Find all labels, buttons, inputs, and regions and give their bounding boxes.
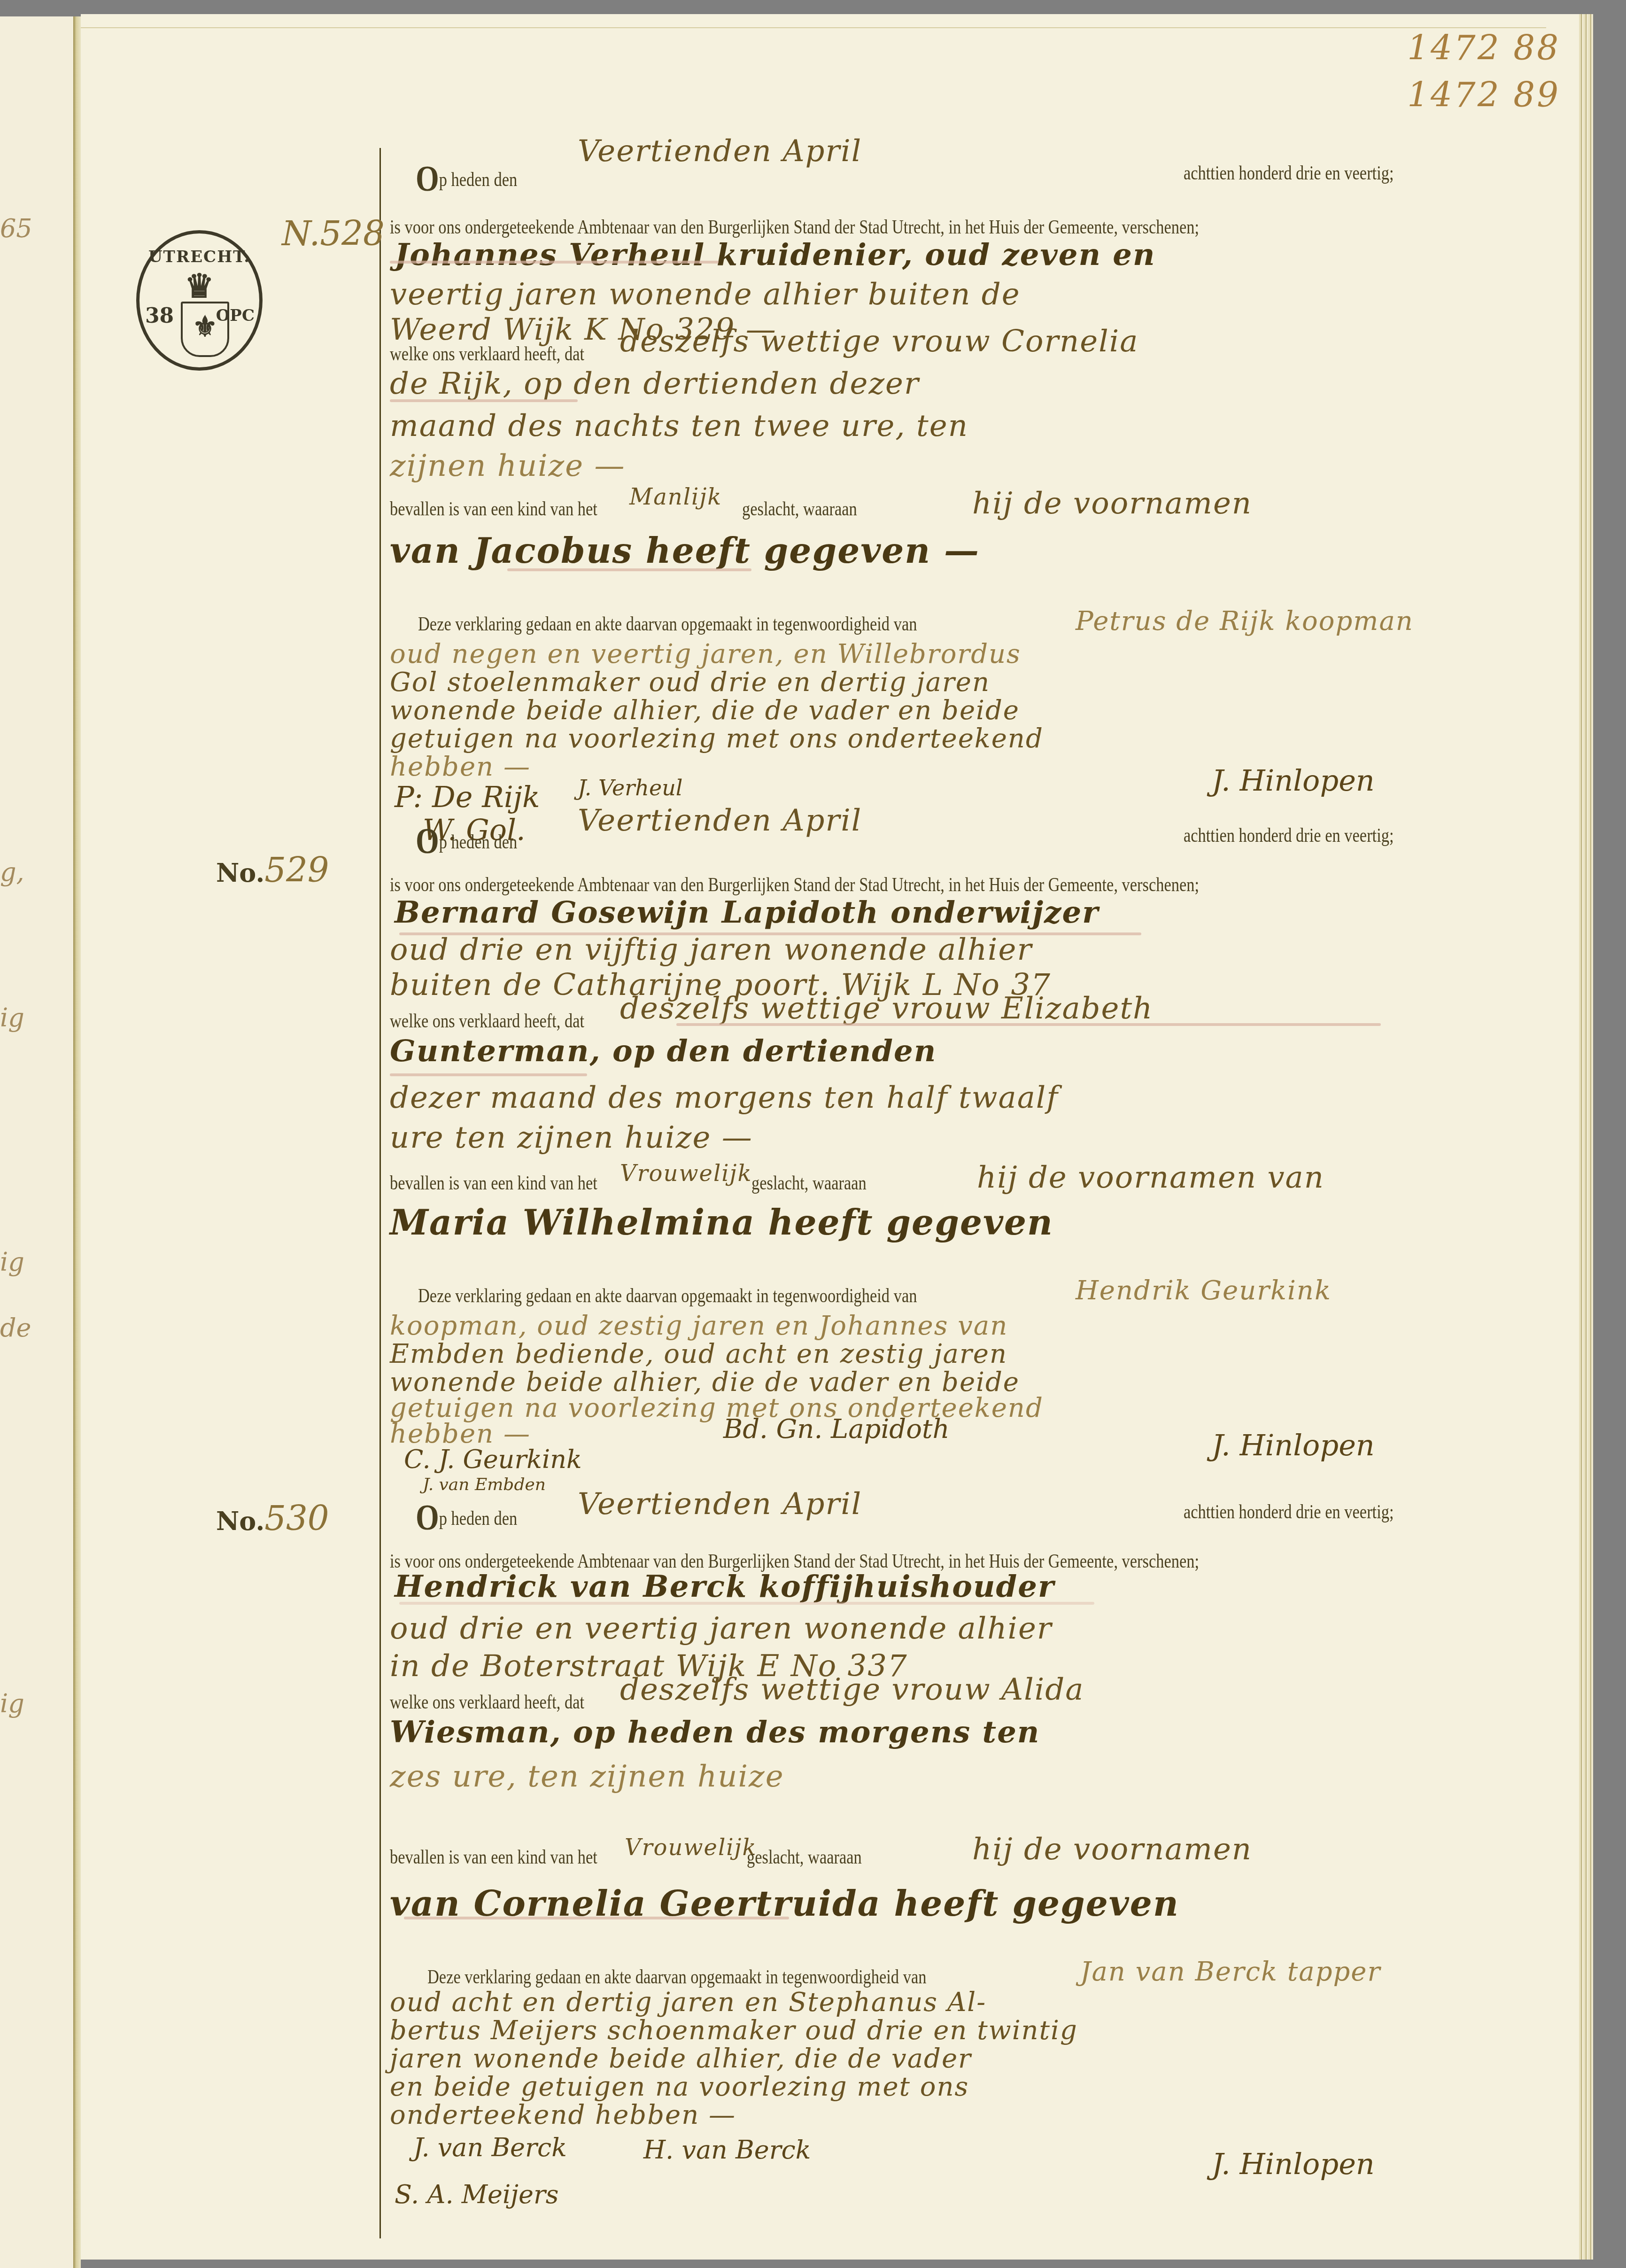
entry-number: No.529 xyxy=(216,850,329,890)
handwritten-date: Veertienden April xyxy=(578,1487,862,1522)
witness-line: jaren wonende beide alhier, die de vader xyxy=(390,2043,972,2074)
witness-line: oud acht en dertig jaren en Stephanus Al… xyxy=(390,1987,986,2018)
declared-line: deszelfs wettige vrouw Alida xyxy=(620,1672,1084,1707)
red-underline xyxy=(399,1602,1094,1605)
printed-op-heden: Op heden den xyxy=(416,1496,517,1538)
printed-sex-suffix: geslacht, waaraan xyxy=(751,1172,867,1195)
witness-line: oud negen en veertig jaren, en Willebror… xyxy=(390,639,1021,669)
witness-line: wonende beide alhier, die de vader en be… xyxy=(390,695,1020,726)
appearer-line: Hendrick van Berck koffijhuishouder xyxy=(395,1569,1055,1604)
printed-appeared: is voor ons ondergeteekende Ambtenaar va… xyxy=(390,874,1199,896)
printed-year: achttien honderd drie en veertig; xyxy=(1184,162,1394,185)
declared-line: Wiesman, op heden des morgens ten xyxy=(390,1715,1040,1750)
printed-witness-intro: Deze verklaring gedaan en akte daarvan o… xyxy=(427,1966,926,1988)
declared-line: deszelfs wettige vrouw Cornelia xyxy=(620,324,1138,359)
printed-declared: welke ons verklaard heeft, dat xyxy=(390,1010,584,1033)
margin-rule xyxy=(379,148,381,2238)
red-underline xyxy=(390,1073,587,1076)
stamp-city: UTRECHT. xyxy=(139,248,259,266)
margin-text: ig xyxy=(0,1689,24,1718)
witness-line: getuigen na voorlezing met ons onderteek… xyxy=(390,723,1044,754)
entry-number: No.530 xyxy=(216,1499,329,1538)
declared-line: deszelfs wettige vrouw Elizabeth xyxy=(620,991,1153,1026)
signature: J. van Berck xyxy=(413,2133,567,2162)
margin-text: 65 xyxy=(0,214,32,243)
declared-line: zes ure, ten zijnen huize xyxy=(390,1759,784,1794)
signature: Bd. Gn. Lapidoth xyxy=(723,1414,949,1445)
book-gutter xyxy=(73,16,81,2268)
appearer-line: oud drie en veertig jaren wonende alhier xyxy=(390,1611,1052,1646)
signature: J. van Embden xyxy=(423,1475,546,1494)
witness-line: koopman, oud zestig jaren en Johannes va… xyxy=(390,1311,1008,1341)
child-sex: Vrouwelijk xyxy=(620,1160,752,1187)
top-rule xyxy=(81,27,1546,28)
appearer-line: Bernard Gosewijn Lapidoth onderwijzer xyxy=(395,895,1099,930)
declared-line: de Rijk, op den dertienden dezer xyxy=(390,366,920,401)
tax-stamp: UTRECHT. ♛ ⚜ 38 OPC xyxy=(136,230,263,371)
margin-text: g, xyxy=(0,857,24,887)
child-sex: Manlijk xyxy=(629,484,722,510)
printed-appeared: is voor ons ondergeteekende Ambtenaar va… xyxy=(390,216,1199,239)
signature: C. J. Geurkink xyxy=(404,1445,582,1474)
appearer-line: oud drie en vijftig jaren wonende alhier xyxy=(390,932,1032,967)
declared-line: maand des nachts ten twee ure, ten xyxy=(390,409,968,443)
printed-sex-suffix: geslacht, waaraan xyxy=(747,1846,862,1869)
printed-declared: welke ons verklaard heeft, dat xyxy=(390,1691,584,1714)
stamp-value: 38 xyxy=(145,304,174,328)
declared-line: Gunterman, op den dertienden xyxy=(390,1033,937,1069)
signature: S. A. Meijers xyxy=(395,2180,558,2209)
witness-line: Gol stoelenmaker oud drie en dertig jare… xyxy=(390,667,990,698)
declared-line: ure ten zijnen huize — xyxy=(390,1120,753,1155)
witness-line: Jan van Berck tapper xyxy=(1080,1957,1381,1987)
red-underline xyxy=(399,932,1141,935)
child-name: van Jacobus heeft gegeven — xyxy=(390,531,980,571)
given-prefix: hij de voornamen xyxy=(972,1832,1252,1867)
witness-line: Hendrik Geurkink xyxy=(1076,1275,1332,1306)
printed-born: bevallen is van een kind van het xyxy=(390,1172,597,1195)
printed-op-heden: Op heden den xyxy=(416,157,517,200)
given-prefix: hij de voornamen van xyxy=(977,1160,1324,1195)
folio-number-old: 1472 88 xyxy=(1407,28,1560,68)
signature: H. van Berck xyxy=(643,2135,811,2165)
handwritten-date: Veertienden April xyxy=(578,134,862,169)
left-page-fragment: 65 g, ig ig de ig xyxy=(0,16,75,2268)
printed-year: achttien honderd drie en veertig; xyxy=(1184,1501,1394,1523)
child-sex: Vrouwelijk xyxy=(625,1834,757,1861)
red-underline xyxy=(507,568,751,571)
printed-born: bevallen is van een kind van het xyxy=(390,1846,597,1869)
red-underline xyxy=(390,261,719,264)
entry-number: N.528 xyxy=(282,214,385,253)
page-edges xyxy=(1579,14,1593,2260)
margin-text: de xyxy=(0,1313,31,1343)
given-prefix: hij de voornamen xyxy=(972,486,1252,521)
crown-icon: ♛ xyxy=(139,266,259,305)
printed-witness-intro: Deze verklaring gedaan en akte daarvan o… xyxy=(418,1285,917,1307)
official-signature: J. Hinlopen xyxy=(1212,1428,1375,1462)
official-signature: J. Hinlopen xyxy=(1212,763,1375,798)
handwritten-date: Veertienden April xyxy=(578,803,862,838)
printed-sex-suffix: geslacht, waaraan xyxy=(742,498,857,520)
margin-text: ig xyxy=(0,1003,24,1033)
official-signature: J. Hinlopen xyxy=(1212,2147,1375,2181)
printed-witness-intro: Deze verklaring gedaan en akte daarvan o… xyxy=(418,613,917,636)
printed-declared: welke ons verklaard heeft, dat xyxy=(390,343,584,365)
red-underline xyxy=(404,1917,789,1919)
folio-number: 1472 89 xyxy=(1407,75,1560,115)
appearer-line: veertig jaren wonende alhier buiten de xyxy=(390,277,1021,312)
printed-op-heden: Op heden den xyxy=(416,820,517,862)
witness-line: en beide getuigen na voorlezing met ons xyxy=(390,2072,969,2102)
child-name: Maria Wilhelmina heeft gegeven xyxy=(390,1203,1053,1243)
printed-born: bevallen is van een kind van het xyxy=(390,498,597,520)
witness-line: Petrus de Rijk koopman xyxy=(1076,606,1414,637)
witness-line: bertus Meijers schoenmaker oud drie en t… xyxy=(390,2015,1078,2046)
stamp-value-suffix: OPC xyxy=(216,306,255,325)
witness-line: onderteekend hebben — xyxy=(390,2100,736,2130)
declared-line: zijnen huize — xyxy=(390,449,626,483)
declared-line: dezer maand des morgens ten half twaalf xyxy=(390,1080,1059,1115)
red-underline xyxy=(390,399,578,402)
witness-line: Embden bediende, oud acht en zestig jare… xyxy=(390,1339,1007,1369)
signature: J. Verheul xyxy=(578,775,683,800)
margin-text: ig xyxy=(0,1247,24,1277)
red-underline xyxy=(676,1023,1381,1026)
printed-year: achttien honderd drie en veertig; xyxy=(1184,824,1394,847)
witness-line: hebben — xyxy=(390,752,531,782)
signature: P: De Rijk xyxy=(395,780,540,814)
appearer-line: Johannes Verheul kruidenier, oud zeven e… xyxy=(395,237,1156,272)
